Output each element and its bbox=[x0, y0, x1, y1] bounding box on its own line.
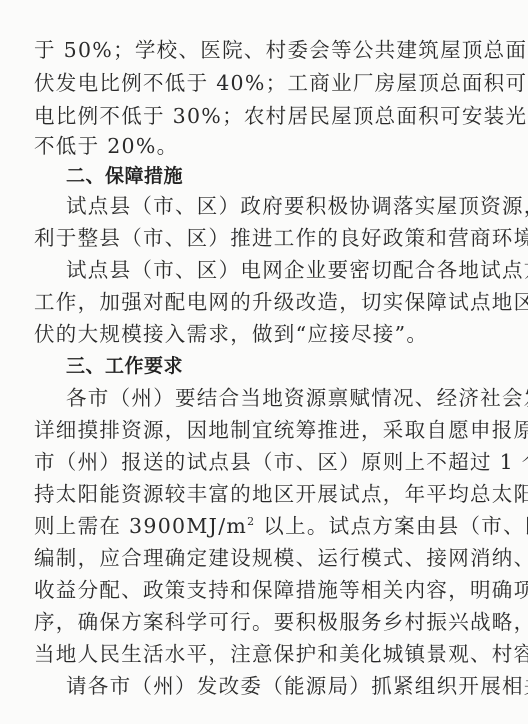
text-line: 工作，加强对配电网的升级改造，切实保障试点地区分布式光 bbox=[34, 290, 484, 314]
text-line: 市（州）报送的试点县（市、区）原则上不超过 1 个。优先支 bbox=[34, 450, 484, 474]
text-line: 详细摸排资源，因地制宜统筹推进，采取自愿申报原则，每个 bbox=[34, 418, 484, 442]
text-line: 试点县（市、区）电网企业要密切配合各地试点方案编制 bbox=[66, 258, 484, 282]
document-page: 于 50%；学校、医院、村委会等公共建筑屋顶总面积可安装光 伏发电比例不低于 4… bbox=[0, 0, 528, 724]
text-line: 各市（州）要结合当地资源禀赋情况、经济社会发展实际， bbox=[66, 386, 484, 410]
text-segment: 则上需在 3900MJ/m bbox=[34, 514, 247, 538]
text-line: 于 50%；学校、医院、村委会等公共建筑屋顶总面积可安装光 bbox=[34, 38, 484, 62]
text-line: 伏的大规模接入需求，做到“应接尽接”。 bbox=[34, 322, 484, 346]
text-line: 请各市（州）发改委（能源局）抓紧组织开展相关工作， bbox=[66, 674, 484, 698]
section-heading: 三、工作要求 bbox=[66, 354, 183, 378]
text-line: 试点县（市、区）政府要积极协调落实屋顶资源，营造有 bbox=[66, 194, 484, 218]
text-line: 收益分配、政策支持和保障措施等相关内容，明确项目建设时 bbox=[34, 578, 484, 602]
section-heading: 二、保障措施 bbox=[66, 164, 183, 188]
text-line: 序，确保方案科学可行。要积极服务乡村振兴战略，促进提高 bbox=[34, 610, 484, 634]
text-line: 利于整县（市、区）推进工作的良好政策和营商环境。 bbox=[34, 226, 484, 250]
text-line: 伏发电比例不低于 40%；工商业厂房屋顶总面积可安装光伏发 bbox=[34, 71, 484, 95]
text-line: 持太阳能资源较丰富的地区开展试点，年平均总太阳辐射量原 bbox=[34, 482, 484, 506]
text-line: 不低于 20%。 bbox=[34, 134, 484, 158]
text-line: 当地人民生活水平，注意保护和美化城镇景观、村容村貌。 bbox=[34, 642, 484, 666]
text-segment: 以上。试点方案由县（市、区）政府牵头 bbox=[255, 514, 528, 538]
text-line: 电比例不低于 30%；农村居民屋顶总面积可安装光伏发电比例 bbox=[34, 104, 484, 128]
text-line-with-superscript: 则上需在 3900MJ/m2 以上。试点方案由县（市、区）政府牵头 bbox=[34, 514, 484, 538]
text-line: 编制，应合理确定建设规模、运行模式、接网消纳、运营维护、 bbox=[34, 546, 484, 570]
